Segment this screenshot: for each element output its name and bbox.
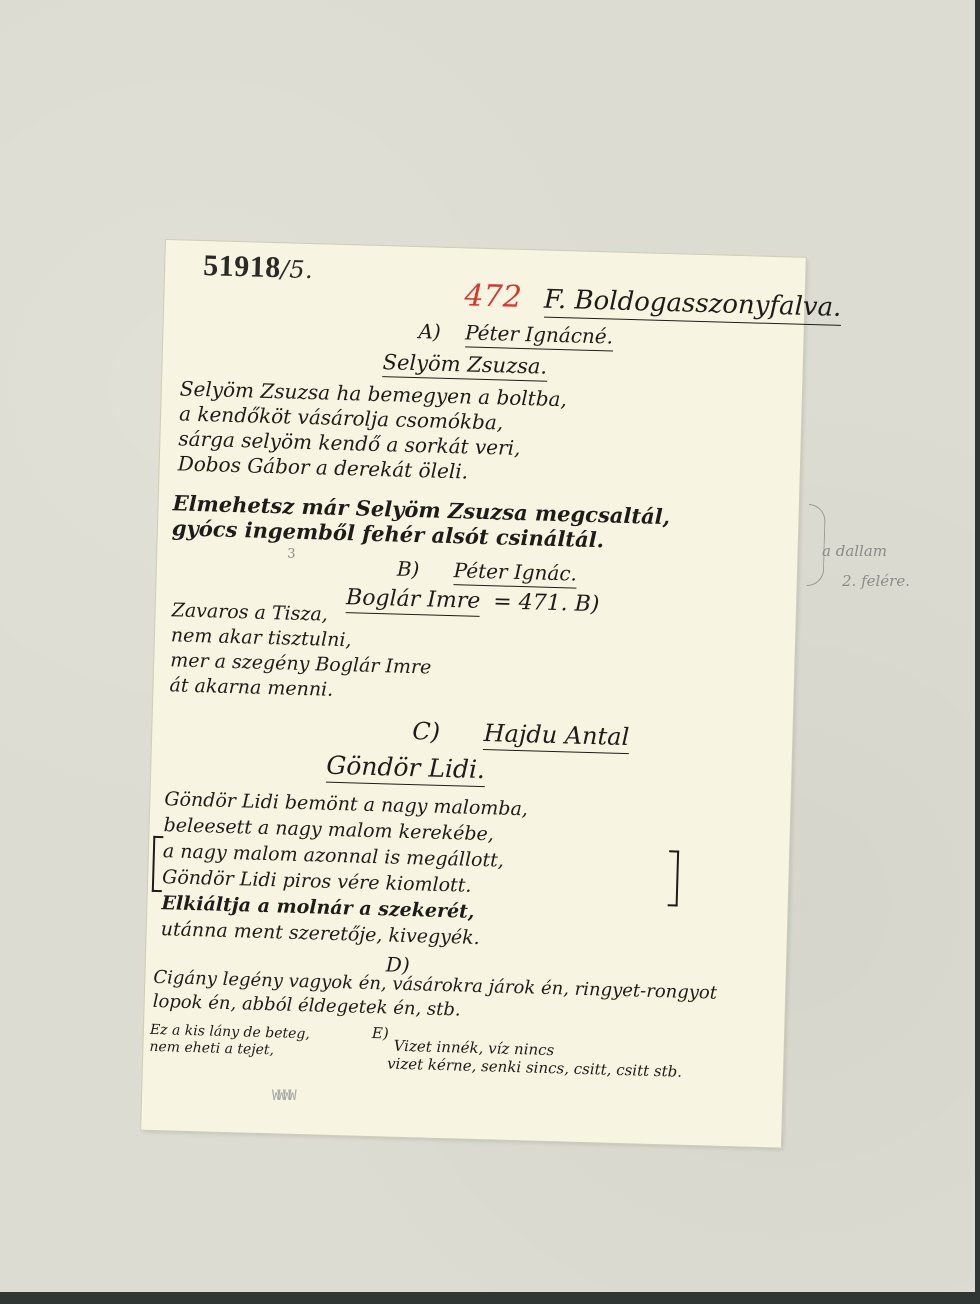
section-a-header: A) Péter Ignácné. bbox=[418, 319, 613, 348]
margin-note-line: 2. felére. bbox=[842, 566, 910, 596]
header-line: 472 F. Boldogasszonyfalva. bbox=[464, 278, 842, 324]
margin-note-line: a dallam bbox=[822, 536, 910, 566]
singer-c: Hajdu Antal bbox=[483, 719, 629, 754]
section-c-marker: C) bbox=[412, 717, 441, 746]
singer-a: Péter Ignácné. bbox=[465, 320, 614, 351]
song-c-title: Göndör Lidi. bbox=[326, 751, 485, 787]
song-a-stanza-2: Elmehetsz már Selyöm Zsuzsa megcsaltál, … bbox=[172, 490, 671, 554]
section-e-marker: E) bbox=[372, 1024, 389, 1042]
manuscript-card: 51918/5. 472 F. Boldogasszonyfalva. A) P… bbox=[141, 240, 806, 1148]
right-bracket bbox=[668, 850, 680, 906]
left-bracket bbox=[152, 836, 164, 892]
mounting-board: 51918/5. 472 F. Boldogasszonyfalva. A) P… bbox=[0, 0, 975, 1292]
singer-b: Péter Ignác. bbox=[453, 558, 577, 588]
section-a-marker: A) bbox=[418, 319, 441, 344]
catalog-number-value: 51918 bbox=[203, 249, 281, 284]
song-a-stanza-1: Selyöm Zsuzsa ha bemegyen a boltba, a ke… bbox=[177, 376, 567, 487]
song-b-stanza: Zavaros a Tisza, nem akar tisztulni, mer… bbox=[169, 598, 433, 705]
song-e-right: Vizet innék, víz nincs vizet kérne, senk… bbox=[393, 1037, 683, 1081]
catalog-suffix: /5. bbox=[280, 255, 313, 284]
song-e-left: Ez a kis lány de beteg, nem eheti a teje… bbox=[149, 1022, 310, 1060]
catalog-number: 51918/5. bbox=[203, 249, 314, 286]
song-d-stanza: Cigány legény vagyok én, vásárokra járok… bbox=[152, 966, 717, 1030]
margin-pencil-note: a dallam 2. felére. bbox=[822, 536, 910, 596]
section-c-header: C) Hajdu Antal bbox=[412, 717, 630, 751]
section-b-header: B) Péter Ignác. bbox=[397, 557, 578, 586]
song-b-reference: = 471. B) bbox=[493, 589, 600, 617]
place-name: F. Boldogasszonyfalva. bbox=[544, 285, 842, 326]
song-a-title: Selyöm Zsuzsa. bbox=[382, 350, 547, 382]
pencil-triplet-mark: 3 bbox=[287, 547, 296, 562]
section-b-marker: B) bbox=[397, 557, 420, 582]
pencil-squiggle: WWWW bbox=[272, 1088, 294, 1104]
song-c-stanza: Göndör Lidi bemönt a nagy malomba, belee… bbox=[160, 786, 528, 952]
red-reference-number: 472 bbox=[464, 278, 522, 315]
